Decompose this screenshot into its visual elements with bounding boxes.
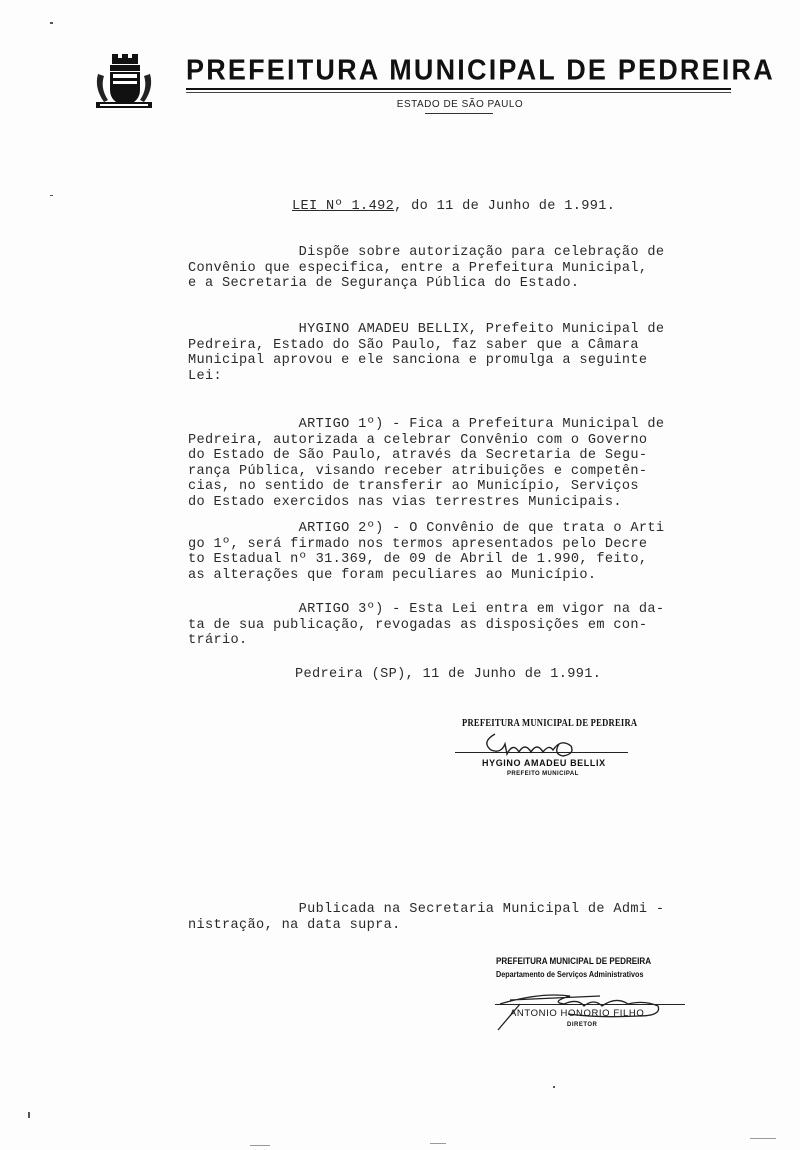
scan-speck	[250, 1145, 270, 1146]
scan-speck	[750, 1138, 776, 1139]
director-name: ANTONIO HONORIO FILHO	[510, 1008, 644, 1019]
mayor-role: PREFEITO MUNICIPAL	[507, 771, 579, 777]
article-2: ARTIGO 2º) - O Convênio de que trata o A…	[188, 521, 664, 583]
article-3: ARTIGO 3º) - Esta Lei entra em vigor na …	[188, 602, 664, 649]
director-stamp: PREFEITURA MUNICIPAL DE PEDREIRA	[496, 956, 651, 967]
mayor-stamp: PREFEITURA MUNICIPAL DE PEDREIRA	[462, 717, 637, 729]
header-rule-thin	[186, 92, 731, 93]
mayor-signature-icon	[475, 730, 625, 758]
publication-note: Publicada na Secretaria Municipal de Adm…	[188, 902, 664, 933]
director-role: DIRETOR	[567, 1022, 597, 1028]
header-subtitle: ESTADO DE SÃO PAULO	[330, 99, 590, 110]
header-title: PREFEITURA MUNICIPAL DE PEDREIRA	[186, 54, 731, 87]
scan-speck	[430, 1143, 446, 1144]
director-signature-line	[495, 1004, 685, 1005]
law-date: , do 11 de Junho de 1.991.	[394, 199, 615, 214]
law-number: LEI Nº 1.492	[292, 199, 394, 214]
mayor-signature-line	[455, 752, 628, 753]
scan-speck	[553, 1086, 555, 1088]
municipal-coat-of-arms-icon	[92, 52, 156, 112]
scan-speck	[28, 1112, 30, 1118]
scan-speck	[50, 195, 53, 196]
place-date: Pedreira (SP), 11 de Junho de 1.991.	[295, 667, 601, 683]
law-title: LEI Nº 1.492, do 11 de Junho de 1.991.	[292, 199, 615, 215]
mayor-name: HYGINO AMADEU BELLIX	[482, 758, 606, 768]
law-summary: Dispõe sobre autorização para celebração…	[188, 245, 664, 292]
preamble: HYGINO AMADEU BELLIX, Prefeito Municipal…	[188, 322, 664, 384]
header-rule	[186, 88, 731, 90]
header-ornament	[425, 113, 493, 114]
scan-speck	[50, 22, 53, 24]
article-1: ARTIGO 1º) - Fica a Prefeitura Municipal…	[188, 417, 664, 511]
